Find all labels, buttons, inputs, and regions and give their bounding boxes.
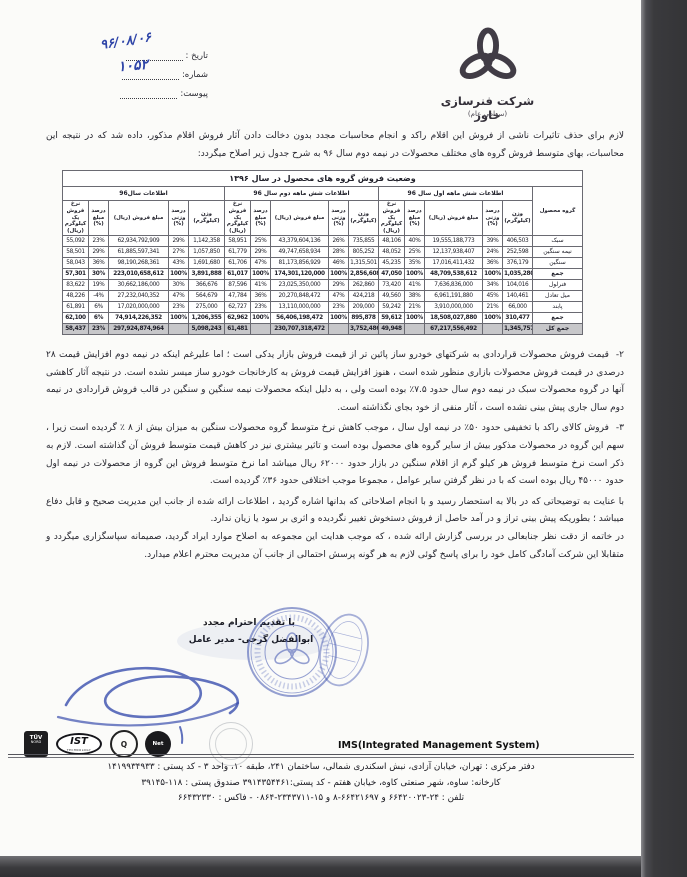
table-cell: 297,924,874,964 <box>109 323 169 334</box>
table-cell: 366,676 <box>189 279 225 290</box>
table-cell: 81,173,856,929 <box>271 257 329 268</box>
table-cell: 100% <box>483 268 503 279</box>
table-cell: 25% <box>251 235 271 246</box>
table-row: میل تعادل140,46145%6,961,191,88038%49,56… <box>63 290 583 301</box>
table-cell: 100% <box>251 312 271 323</box>
table-cell: 83,622 <box>63 279 89 290</box>
group-header-0: اطلاعات شش ماهه اول سال 96 <box>379 187 533 201</box>
table-cell: 47% <box>329 290 349 301</box>
table-cell: 45,235 <box>379 257 405 268</box>
closing-paragraph-1: با عنایت به توضیحاتی که در بالا به استحض… <box>46 494 624 529</box>
table-cell: 6% <box>89 301 109 312</box>
product-group-label: سبک <box>533 235 583 246</box>
attachment-row: پیوست: <box>108 80 208 99</box>
table-cell: 1,057,850 <box>189 246 225 257</box>
table-cell: 29% <box>251 246 271 257</box>
footer-phone-fax-line: تلفن : ۲۴-۶۶۴۲۰۰۲۳ و ۶۶۴۲۱۶۹۷-۸ و ۱۵-۲۳۴… <box>18 791 624 807</box>
table-cell: 19,555,188,773 <box>425 235 483 246</box>
table-cell: 30,662,186,000 <box>109 279 169 290</box>
table-cell: 406,503 <box>503 235 533 246</box>
table-cell: 23% <box>251 301 271 312</box>
column-header-amount_pct: درصد مبلغ (%) <box>251 201 271 236</box>
footer-factory-line: کارخانه: ساوه، شهر صنعتی کاوه، خیابان هف… <box>18 776 624 792</box>
table-cell: 62,100 <box>63 312 89 323</box>
table-cell <box>169 323 189 334</box>
table-cell: 59,242 <box>379 301 405 312</box>
table-cell: 26% <box>329 235 349 246</box>
table-cell: 23% <box>89 235 109 246</box>
table-cell: 61,017 <box>225 268 251 279</box>
table-cell: 174,301,120,000 <box>271 268 329 279</box>
date-label: تاریخ : <box>186 51 208 61</box>
column-header-weight_pct: درصد وزنی (%) <box>329 201 349 236</box>
table-cell: 895,878 <box>349 312 379 323</box>
paragraph-2-text: قیمت فروش محصولات قراردادی به شرکتهای خو… <box>46 350 624 413</box>
table-title: وضعیت فروش گروه های محصول در سال ۱۳۹۶ <box>63 171 583 187</box>
group-header-1: اطلاعات شش ماهه دوم سال 96 <box>225 187 379 201</box>
table-cell: 100% <box>329 312 349 323</box>
table-cell: 1,206,355 <box>189 312 225 323</box>
ist-certification-mark: IST TECHNOLOGY <box>56 733 102 755</box>
table-cell: -4% <box>89 290 109 301</box>
table-cell: 23% <box>89 323 109 334</box>
paragraph-2: ۲-قیمت فروش محصولات قراردادی به شرکتهای … <box>46 347 624 417</box>
table-cell: 55,092 <box>63 235 89 246</box>
column-header-amount: مبلغ فروش (ریال) <box>109 201 169 236</box>
table-cell: 43% <box>169 257 189 268</box>
column-header-weight: وزن (کیلوگرم) <box>349 201 379 236</box>
table-cell: 46% <box>329 257 349 268</box>
ist-sublabel: TECHNOLOGY <box>58 748 100 752</box>
table-cell: 21% <box>405 301 425 312</box>
table-cell: 61,891 <box>63 301 89 312</box>
table-cell: 61,481 <box>225 323 251 334</box>
table-cell: 62,934,792,909 <box>109 235 169 246</box>
table-cell: 48,709,538,612 <box>425 268 483 279</box>
company-logo-icon <box>457 26 519 92</box>
table-cell: 310,477 <box>503 312 533 323</box>
scan-edge-bottom <box>0 856 641 877</box>
table-cell: 27,232,040,352 <box>109 290 169 301</box>
table-cell: 7,636,836,000 <box>425 279 483 290</box>
product-group-label: جمع <box>533 268 583 279</box>
table-cell: 30% <box>89 268 109 279</box>
attachment-dotted-line <box>120 88 177 99</box>
table-cell: 28% <box>329 246 349 257</box>
table-row: سنگین376,17936%17,016,411,43235%45,2351,… <box>63 257 583 268</box>
table-cell: 23% <box>169 301 189 312</box>
watermark-inner-circle <box>215 728 247 760</box>
table-cell: 21% <box>483 301 503 312</box>
column-header-weight_pct: درصد وزنی (%) <box>483 201 503 236</box>
table-cell: 3,752,486 <box>349 323 379 334</box>
table-cell: 376,179 <box>503 257 533 268</box>
paragraph-3: ۳-فروش کالای راکد با تخفیفی حدود ۵۰٪ در … <box>46 420 624 490</box>
table-cell: 140,461 <box>503 290 533 301</box>
table-cell: 49,560 <box>379 290 405 301</box>
table-cell: 29% <box>89 246 109 257</box>
ims-caption: IMS(Integrated Management System) <box>338 740 540 751</box>
sales-table: وضعیت فروش گروه های محصول در سال ۱۳۹۶گرو… <box>62 170 583 335</box>
table-cell: 100% <box>405 312 425 323</box>
table-cell: 48,226 <box>63 290 89 301</box>
product-group-label: فنرلول <box>533 279 583 290</box>
table-cell: 38% <box>405 290 425 301</box>
table-cell: 18,508,027,880 <box>425 312 483 323</box>
table-cell: 100% <box>405 268 425 279</box>
footer-separator-bottom <box>8 757 634 758</box>
table-cell: 104,016 <box>503 279 533 290</box>
table-cell: 24% <box>483 246 503 257</box>
footer-separator-top <box>8 754 634 755</box>
table-cell: 48,106 <box>379 235 405 246</box>
footer-contact-block: دفتر مرکزی : تهران، خیابان آزادی، نبش اس… <box>18 760 624 807</box>
table-cell: 30% <box>169 279 189 290</box>
table-head: وضعیت فروش گروه های محصول در سال ۱۳۹۶گرو… <box>63 171 583 236</box>
table-cell: 47% <box>251 257 271 268</box>
letter-page: تاریخ : شماره: پیوست: ۹۶/۰۸/۰۶ ۱۰۵۲ شرکت… <box>0 0 641 856</box>
number-label: شماره: <box>182 70 208 80</box>
sales-table-wrapper: وضعیت فروش گروه های محصول در سال ۱۳۹۶گرو… <box>62 170 583 335</box>
table-cell: 1,035,280 <box>503 268 533 279</box>
table-cell: 564,679 <box>189 290 225 301</box>
table-cell: 98,190,268,361 <box>109 257 169 268</box>
table-cell: 74,914,226,352 <box>109 312 169 323</box>
tuv-sublabel: NORD <box>24 741 48 745</box>
table-cell: 48,052 <box>379 246 405 257</box>
table-cell: 29% <box>169 235 189 246</box>
column-header-rate: نرخ فروش یک کیلوگرم (ریال) <box>63 201 89 236</box>
attachment-label: پیوست: <box>180 89 208 99</box>
table-cell: 57,301 <box>63 268 89 279</box>
table-cell: 100% <box>329 268 349 279</box>
table-cell: 49,747,658,934 <box>271 246 329 257</box>
column-header-weight_pct: درصد وزنی (%) <box>169 201 189 236</box>
table-cell: 2,856,608 <box>349 268 379 279</box>
table-cell: 73,420 <box>379 279 405 290</box>
table-cell: 17,020,000,000 <box>109 301 169 312</box>
paragraph-3-number: ۳- <box>616 423 624 433</box>
table-cell: 1,345,757 <box>503 323 533 334</box>
table-cell: 87,596 <box>225 279 251 290</box>
handwritten-number: ۱۰۵۲ <box>117 57 148 76</box>
table-cell: 35% <box>405 257 425 268</box>
table-cell: 41% <box>405 279 425 290</box>
table-cell: 12,137,938,407 <box>425 246 483 257</box>
table-cell: 67,217,556,492 <box>425 323 483 334</box>
table-cell: 23,025,350,000 <box>271 279 329 290</box>
table-cell <box>405 323 425 334</box>
table-cell: 19% <box>89 279 109 290</box>
table-row: پابند66,00021%3,910,000,00021%59,242209,… <box>63 301 583 312</box>
table-cell: 23% <box>329 301 349 312</box>
column-header-weight: وزن (کیلوگرم) <box>503 201 533 236</box>
table-row-subtotal: جمع1,035,280100%48,709,538,612100%47,050… <box>63 268 583 279</box>
scanned-letter-screenshot: { "letterhead": { "date_label": "تاریخ :… <box>0 0 687 877</box>
table-cell: 209,000 <box>349 301 379 312</box>
table-cell: 58,951 <box>225 235 251 246</box>
table-cell: 61,885,597,341 <box>109 246 169 257</box>
table-cell <box>483 323 503 334</box>
table-cell: 36% <box>89 257 109 268</box>
table-cell: 62,962 <box>225 312 251 323</box>
table-cell: 29% <box>329 279 349 290</box>
ist-label: IST <box>58 735 100 748</box>
column-header-amount: مبلغ فروش (ریال) <box>271 201 329 236</box>
group-header-2: اطلاعات سال96 <box>63 187 225 201</box>
table-cell: 100% <box>169 312 189 323</box>
iso-label: Q <box>121 740 127 749</box>
table-cell: 47% <box>169 290 189 301</box>
table-cell: 3,910,000,000 <box>425 301 483 312</box>
table-cell: 100% <box>483 312 503 323</box>
table-cell: 1,315,501 <box>349 257 379 268</box>
table-cell: 40% <box>405 235 425 246</box>
table-row: سبک406,50339%19,555,188,77340%48,106735,… <box>63 235 583 246</box>
table-cell: 6,961,191,880 <box>425 290 483 301</box>
table-cell: 39% <box>483 235 503 246</box>
product-group-label: پابند <box>533 301 583 312</box>
table-cell: 45% <box>483 290 503 301</box>
table-cell: 25% <box>405 246 425 257</box>
column-header-amount_pct: درصد مبلغ (%) <box>405 201 425 236</box>
table-cell: 34% <box>483 279 503 290</box>
column-header-product-group: گروه محصول <box>533 187 583 236</box>
table-cell: 59,612 <box>379 312 405 323</box>
table-cell: 41% <box>251 279 271 290</box>
table-row: فنرلول104,01634%7,636,836,00041%73,42026… <box>63 279 583 290</box>
paragraph-3-text: فروش کالای راکد با تخفیفی حدود ۵۰٪ در نی… <box>46 423 624 486</box>
table-cell: 58,043 <box>63 257 89 268</box>
table-cell: 735,855 <box>349 235 379 246</box>
table-cell: 36% <box>251 290 271 301</box>
table-row-subtotal: جمع310,477100%18,508,027,880100%59,61289… <box>63 312 583 323</box>
table-cell <box>251 323 271 334</box>
table-cell: 223,010,658,612 <box>109 268 169 279</box>
table-cell: 6% <box>89 312 109 323</box>
table-cell: 56,406,198,472 <box>271 312 329 323</box>
table-cell: 230,707,318,472 <box>271 323 329 334</box>
table-cell: 100% <box>169 268 189 279</box>
scan-edge-right <box>641 0 687 877</box>
table-cell: 27% <box>169 246 189 257</box>
column-header-rate: نرخ فروش یک کیلوگرم (ریال) <box>225 201 251 236</box>
table-cell: 17,016,411,432 <box>425 257 483 268</box>
table-cell: 100% <box>251 268 271 279</box>
table-cell: 58,501 <box>63 246 89 257</box>
body-paragraphs: ۲-قیمت فروش محصولات قراردادی به شرکتهای … <box>46 347 624 564</box>
column-header-weight: وزن (کیلوگرم) <box>189 201 225 236</box>
column-header-amount: مبلغ فروش (ریال) <box>425 201 483 236</box>
table-cell: 61,706 <box>225 257 251 268</box>
table-cell: 3,891,888 <box>189 268 225 279</box>
table-cell: 49,948 <box>379 323 405 334</box>
table-cell: 36% <box>483 257 503 268</box>
table-cell: 43,379,604,136 <box>271 235 329 246</box>
table-cell: 252,598 <box>503 246 533 257</box>
table-cell: 275,000 <box>189 301 225 312</box>
table-cell: 1,142,358 <box>189 235 225 246</box>
table-cell: 47,050 <box>379 268 405 279</box>
table-cell: 66,000 <box>503 301 533 312</box>
product-group-label: جمع کل <box>533 323 583 334</box>
table-row: نیمه سنگین252,59824%12,137,938,40725%48,… <box>63 246 583 257</box>
closing-paragraph-2: در خاتمه از دقت نظر جنابعالی در بررسی گز… <box>46 529 624 564</box>
company-subtitle: (سهامی عام) <box>430 110 545 118</box>
table-cell: 61,779 <box>225 246 251 257</box>
intro-paragraph: لازم برای حذف تاثیرات ناشی از فروش این ا… <box>46 128 624 163</box>
paragraph-2-number: ۲- <box>616 350 624 360</box>
table-cell: 58,437 <box>63 323 89 334</box>
column-header-amount_pct: درصد مبلغ (%) <box>89 201 109 236</box>
table-cell: 47,784 <box>225 290 251 301</box>
table-row-grand-total: جمع کل1,345,75767,217,556,49249,9483,752… <box>63 323 583 334</box>
table-cell: 5,098,243 <box>189 323 225 334</box>
iqnet-label: Net <box>153 741 164 747</box>
product-group-label: جمع <box>533 312 583 323</box>
table-cell: 62,727 <box>225 301 251 312</box>
table-cell: 13,110,000,000 <box>271 301 329 312</box>
table-cell: 1,691,680 <box>189 257 225 268</box>
product-group-label: نیمه سنگین <box>533 246 583 257</box>
table-cell <box>329 323 349 334</box>
table-cell: 805,252 <box>349 246 379 257</box>
column-header-rate: نرخ فروش یک کیلوگرم (ریال) <box>379 201 405 236</box>
table-cell: 424,218 <box>349 290 379 301</box>
table-cell: 20,270,848,472 <box>271 290 329 301</box>
table-cell: 262,860 <box>349 279 379 290</box>
product-group-label: سنگین <box>533 257 583 268</box>
product-group-label: میل تعادل <box>533 290 583 301</box>
table-body: سبک406,50339%19,555,188,77340%48,106735,… <box>63 235 583 334</box>
footer-head-office-line: دفتر مرکزی : تهران، خیابان آزادی، نبش اس… <box>18 760 624 776</box>
